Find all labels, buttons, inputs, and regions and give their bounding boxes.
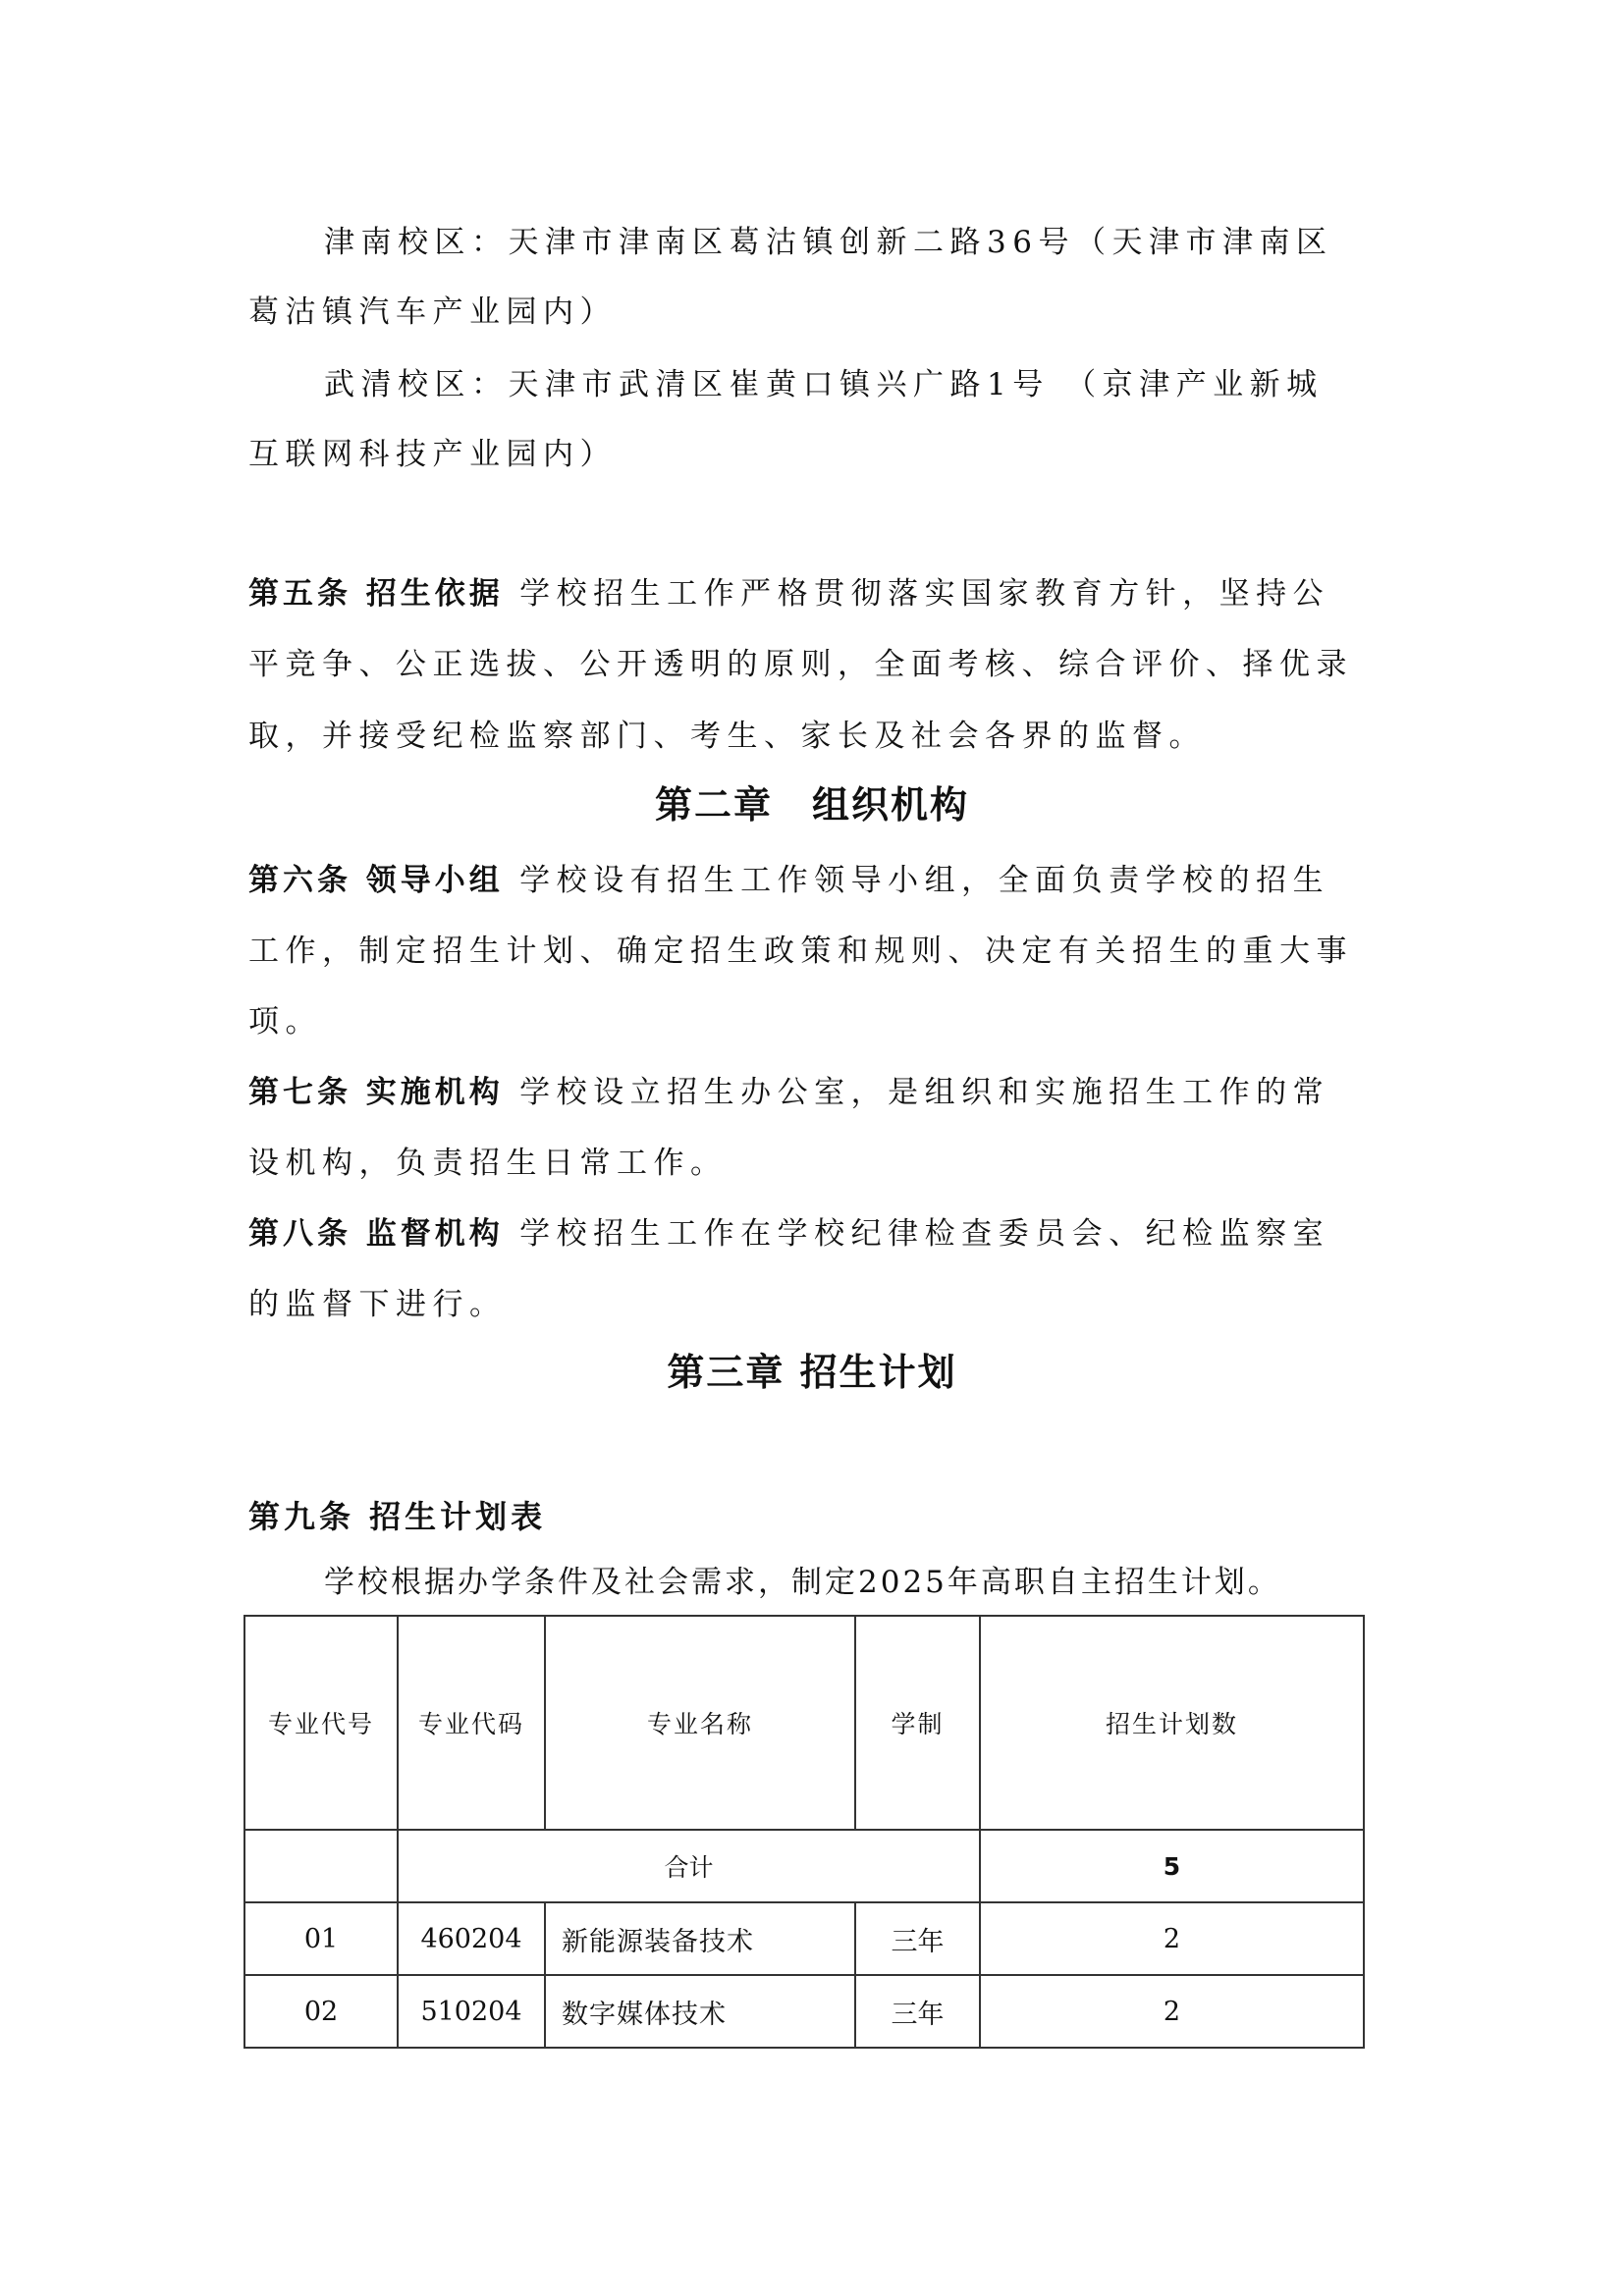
article8-line1: 第八条 监督机构 学校招生工作在学校纪律检查委员会、纪检监察室 — [248, 1214, 1378, 1254]
article5-line1: 第五条 招生依据 学校招生工作严格贯彻落实国家教育方针，坚持公 — [248, 574, 1378, 614]
article7-line2: 设机构，负责招生日常工作。 — [248, 1144, 1378, 1183]
row-name: 数字媒体技术 — [545, 1975, 855, 2048]
article6-text1: 学校设有招生工作领导小组，全面负责学校的招生 — [519, 863, 1329, 898]
article6-line1: 第六条 领导小组 学校设有招生工作领导小组，全面负责学校的招生 — [248, 861, 1378, 900]
header-major-code: 专业代码 — [398, 1616, 545, 1830]
header-major-number: 专业代号 — [244, 1616, 398, 1830]
row-number: 01 — [244, 1902, 398, 1975]
row-name: 新能源装备技术 — [545, 1902, 855, 1975]
total-label: 合计 — [398, 1830, 980, 1902]
article7-text1: 学校设立招生办公室，是组织和实施招生工作的常 — [519, 1075, 1329, 1110]
total-empty-cell — [244, 1830, 398, 1902]
table-row: 02 510204 数字媒体技术 三年 2 — [244, 1975, 1364, 2048]
campus-jinnan-line1: 津南校区：天津市津南区葛沽镇创新二路36号（天津市津南区 — [324, 223, 1453, 262]
header-plan-count: 招生计划数 — [980, 1616, 1364, 1830]
article8-text1: 学校招生工作在学校纪律检查委员会、纪检监察室 — [519, 1216, 1329, 1252]
row-code: 510204 — [398, 1975, 545, 2048]
table-header-row: 专业代号 专业代码 专业名称 学制 招生计划数 — [244, 1616, 1364, 1830]
campus-wuqing-line2: 互联网科技产业园内） — [248, 435, 1378, 474]
campus-wuqing-line1: 武清校区：天津市武清区崔黄口镇兴广路1号 （京津产业新城 — [324, 365, 1453, 404]
article8-label: 第八条 监督机构 — [248, 1216, 504, 1252]
article5-line3: 取，并接受纪检监察部门、考生、家长及社会各界的监督。 — [248, 717, 1378, 756]
article5-label: 第五条 招生依据 — [248, 576, 504, 612]
row-plan: 2 — [980, 1975, 1364, 2048]
total-value: 5 — [980, 1830, 1364, 1902]
table-total-row: 合计 5 — [244, 1830, 1364, 1902]
article6-label: 第六条 领导小组 — [248, 863, 504, 898]
table-row: 01 460204 新能源装备技术 三年 2 — [244, 1902, 1364, 1975]
article9-label: 第九条 招生计划表 — [248, 1497, 1378, 1536]
chapter2-title: 第二章 组织机构 — [0, 781, 1624, 828]
article5-line2: 平竞争、公正选拔、公开透明的原则，全面考核、综合评价、择优录 — [248, 645, 1378, 684]
row-plan: 2 — [980, 1902, 1364, 1975]
header-major-name: 专业名称 — [545, 1616, 855, 1830]
article7-label: 第七条 实施机构 — [248, 1075, 504, 1110]
article6-line2: 工作，制定招生计划、确定招生政策和规则、决定有关招生的重大事 — [248, 932, 1378, 971]
enrollment-plan-table: 专业代号 专业代码 专业名称 学制 招生计划数 合计 5 01 460204 新… — [244, 1615, 1365, 2049]
chapter3-title: 第三章 招生计划 — [0, 1349, 1624, 1396]
article6-line3: 项。 — [248, 1002, 1378, 1041]
row-duration: 三年 — [855, 1902, 980, 1975]
article8-line2: 的监督下进行。 — [248, 1285, 1378, 1324]
article7-line1: 第七条 实施机构 学校设立招生办公室，是组织和实施招生工作的常 — [248, 1073, 1378, 1112]
document-page: 津南校区：天津市津南区葛沽镇创新二路36号（天津市津南区 葛沽镇汽车产业园内） … — [0, 0, 1624, 2296]
row-duration: 三年 — [855, 1975, 980, 2048]
header-duration: 学制 — [855, 1616, 980, 1830]
article5-text1: 学校招生工作严格贯彻落实国家教育方针，坚持公 — [519, 576, 1329, 612]
row-code: 460204 — [398, 1902, 545, 1975]
row-number: 02 — [244, 1975, 398, 2048]
article9-intro: 学校根据办学条件及社会需求，制定2025年高职自主招生计划。 — [324, 1563, 1453, 1602]
campus-jinnan-line2: 葛沽镇汽车产业园内） — [248, 293, 1378, 332]
